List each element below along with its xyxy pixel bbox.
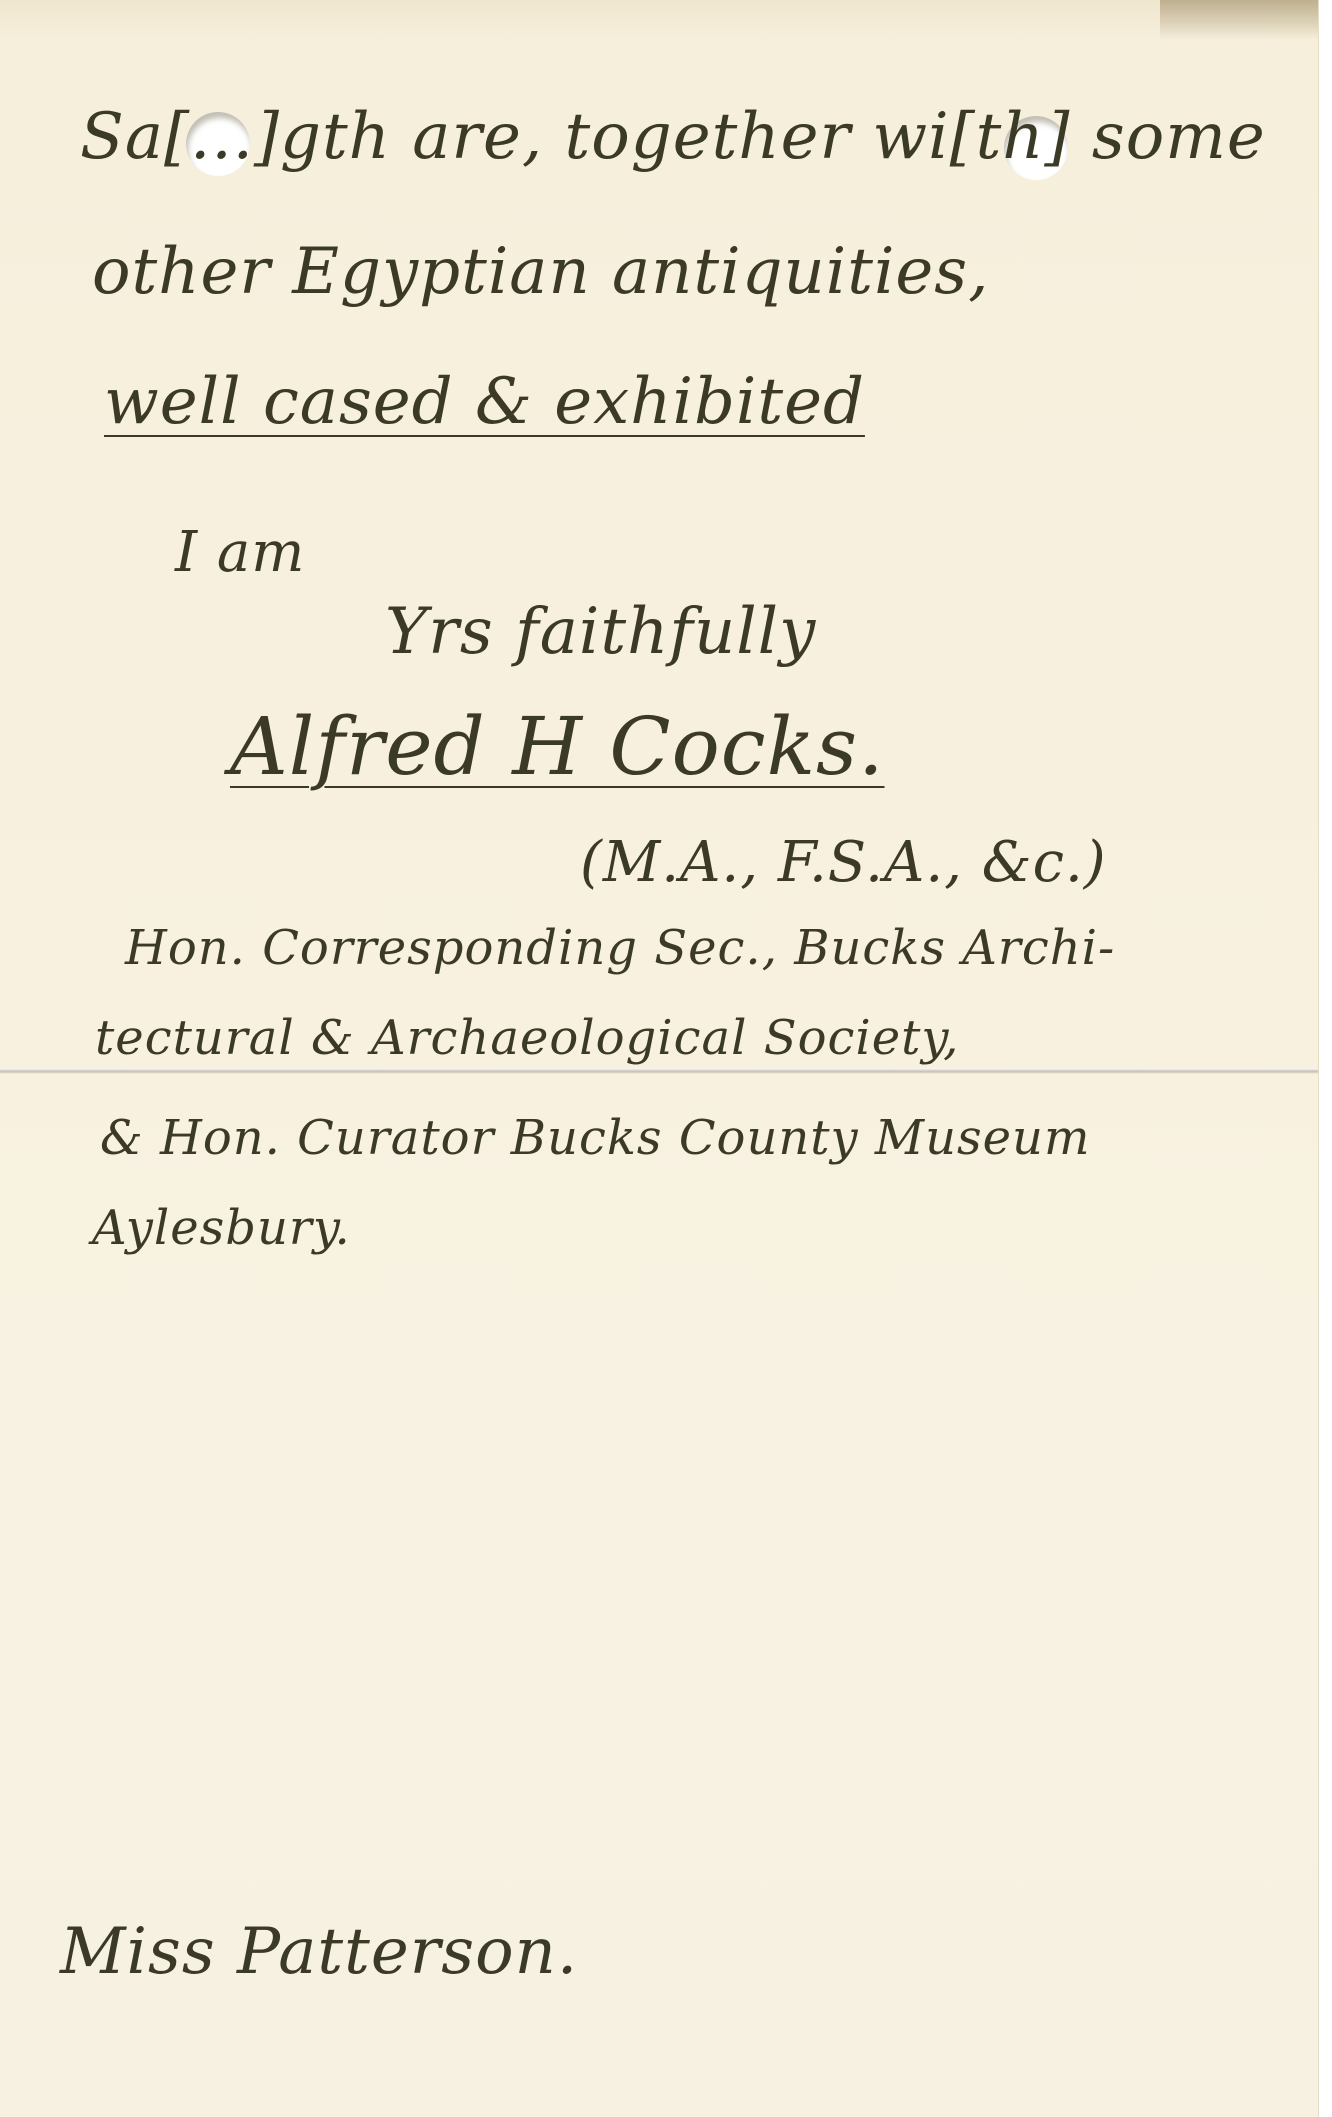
paper-stain [1160,0,1318,40]
addressee: Miss Patterson. [60,1915,578,1989]
closing-salutation: I am [175,520,305,585]
body-line-3: well cased & exhibited [104,365,865,439]
scan-background-edge [1318,0,1332,2117]
letter-page: Sa[...]gth are, together wi[th] some oth… [0,0,1318,2117]
signature-credentials: (M.A., F.S.A., &c.) [580,830,1107,895]
body-line-2: other Egyptian antiquities, [92,235,989,309]
signature-name: Alfred H Cocks. [230,700,885,793]
title-line-3: & Hon. Curator Bucks County Museum [100,1110,1090,1166]
title-line-1: Hon. Corresponding Sec., Bucks Archi- [125,920,1115,976]
paper-fold-crease [0,1068,1318,1074]
title-line-4: Aylesbury. [92,1200,351,1256]
title-line-2: tectural & Archaeological Society, [95,1010,959,1066]
closing-valediction: Yrs faithfully [385,595,816,669]
body-line-1: Sa[...]gth are, together wi[th] some [80,100,1266,174]
